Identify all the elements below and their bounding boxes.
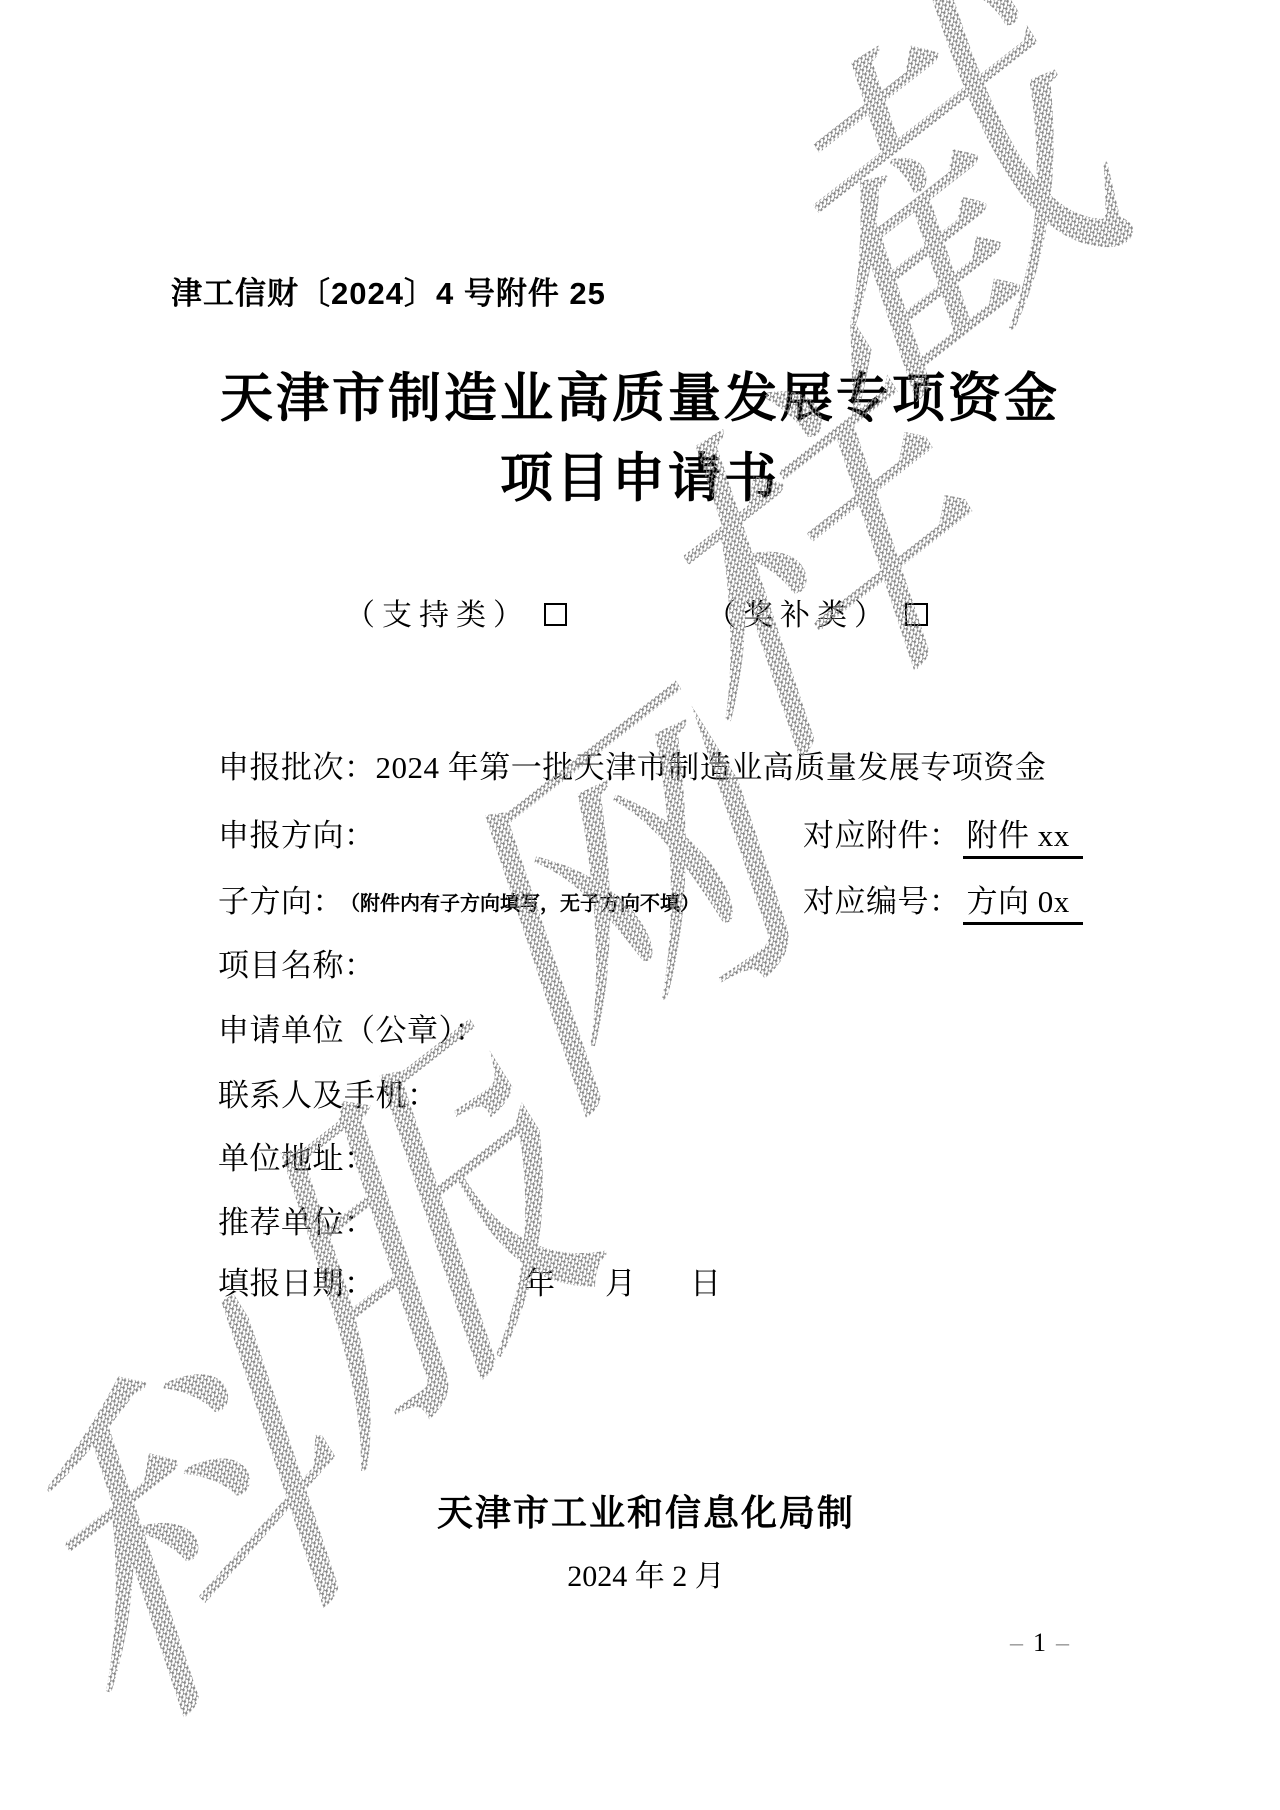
page-title-line2: 项目申请书 bbox=[0, 436, 1280, 512]
field-attachment: 对应附件：附件 xx bbox=[803, 810, 1083, 859]
page-number: –1– bbox=[1010, 1628, 1069, 1658]
field-code: 对应编号：方向 0x bbox=[803, 876, 1083, 925]
field-project-name: 项目名称： bbox=[218, 940, 376, 985]
field-contact: 联系人及手机： bbox=[218, 1070, 439, 1115]
footer-issue-date: 2024 年 2 月 bbox=[6, 1551, 1280, 1595]
field-sub-direction-label: 子方向： bbox=[218, 884, 344, 919]
field-fill-date-label: 填报日期： bbox=[218, 1258, 376, 1303]
field-recommender: 推荐单位： bbox=[218, 1197, 376, 1242]
doc-number: 津工信财〔2024〕4 号附件 25 bbox=[171, 268, 606, 313]
field-direction: 申报方向： bbox=[218, 810, 376, 855]
field-applicant: 申请单位（公章）： bbox=[218, 1005, 486, 1050]
field-contact-label: 联系人及手机： bbox=[218, 1078, 439, 1113]
fill-date-year-label: 年 bbox=[524, 1258, 555, 1303]
field-attachment-value: 附件 xx bbox=[963, 810, 1083, 859]
field-recommender-label: 推荐单位： bbox=[218, 1205, 376, 1240]
category-reward: （奖补类） bbox=[706, 590, 928, 634]
support-checkbox[interactable] bbox=[544, 603, 567, 626]
field-project-name-label: 项目名称： bbox=[218, 948, 376, 983]
category-support-label: （支持类） bbox=[345, 599, 530, 632]
page-number-dash-left: – bbox=[1010, 1628, 1023, 1657]
field-attachment-label: 对应附件： bbox=[803, 818, 961, 853]
page-content: 津工信财〔2024〕4 号附件 25 天津市制造业高质量发展专项资金 项目申请书… bbox=[0, 0, 1280, 1810]
fill-date-month-label: 月 bbox=[605, 1258, 636, 1303]
field-address: 单位地址： bbox=[218, 1133, 376, 1178]
page-number-dash-right: – bbox=[1056, 1628, 1069, 1657]
page-title-line1: 天津市制造业高质量发展专项资金 bbox=[0, 356, 1280, 432]
field-batch-value: 2024 年第一批天津市制造业高质量发展专项资金 bbox=[376, 750, 1047, 785]
fill-date-day-label: 日 bbox=[690, 1258, 721, 1303]
field-sub-direction-note: （附件内有子方向填写，无子方向不填） bbox=[350, 893, 700, 915]
field-batch-label: 申报批次： bbox=[218, 750, 376, 785]
page-number-value: 1 bbox=[1023, 1628, 1056, 1657]
field-applicant-label: 申请单位（公章）： bbox=[218, 1013, 486, 1048]
field-code-label: 对应编号： bbox=[803, 884, 961, 919]
field-fill-date: 填报日期： 年 月 日 bbox=[0, 1258, 1280, 1298]
footer-issuing-org: 天津市工业和信息化局制 bbox=[6, 1485, 1280, 1536]
reward-checkbox[interactable] bbox=[905, 603, 928, 626]
category-support: （支持类） bbox=[345, 590, 567, 634]
application-form-page: 津工信财〔2024〕4 号附件 25 天津市制造业高质量发展专项资金 项目申请书… bbox=[0, 0, 1280, 1810]
field-direction-label: 申报方向： bbox=[218, 818, 376, 853]
field-code-value: 方向 0x bbox=[963, 876, 1083, 925]
category-reward-label: （奖补类） bbox=[706, 599, 891, 632]
field-address-label: 单位地址： bbox=[218, 1141, 376, 1176]
field-sub-direction: 子方向：（附件内有子方向填写，无子方向不填） bbox=[218, 876, 700, 921]
field-batch: 申报批次：2024 年第一批天津市制造业高质量发展专项资金 bbox=[218, 742, 1046, 787]
